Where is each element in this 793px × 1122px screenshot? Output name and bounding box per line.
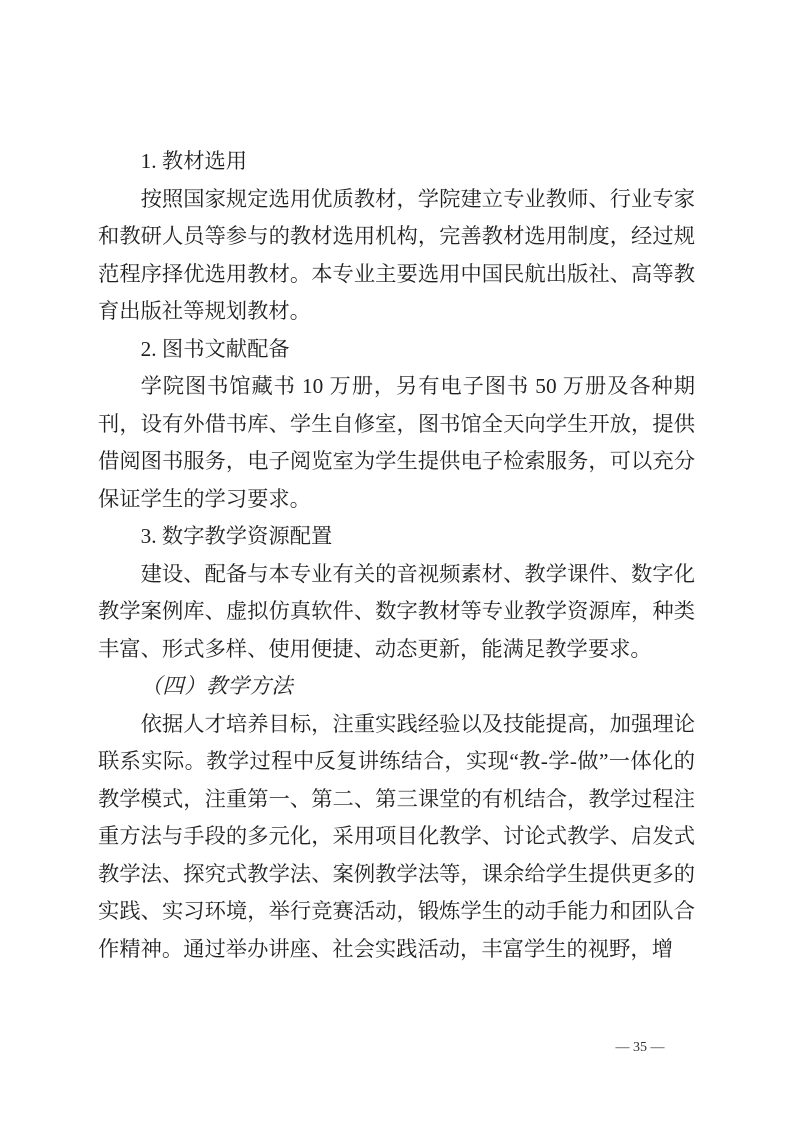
section-heading: （四）教学方法 [98, 668, 695, 706]
numbered-heading: 1. 教材选用 [98, 143, 695, 181]
numbered-heading: 3. 数字教学资源配置 [98, 518, 695, 556]
document-content: 1. 教材选用按照国家规定选用优质教材，学院建立专业教师、行业专家和教研人员等参… [98, 143, 695, 968]
page-number: — 35 — [604, 1040, 676, 1056]
numbered-heading: 2. 图书文献配备 [98, 331, 695, 369]
paragraph: 学院图书馆藏书 10 万册，另有电子图书 50 万册及各种期刊，设有外借书库、学… [98, 368, 695, 518]
document-page: 1. 教材选用按照国家规定选用优质教材，学院建立专业教师、行业专家和教研人员等参… [0, 0, 793, 1122]
page-footer: — 35 — [0, 1040, 793, 1064]
paragraph: 建设、配备与本专业有关的音视频素材、教学课件、数字化教学案例库、虚拟仿真软件、数… [98, 556, 695, 669]
paragraph: 依据人才培养目标，注重实践经验以及技能提高，加强理论联系实际。教学过程中反复讲练… [98, 706, 695, 969]
paragraph: 按照国家规定选用优质教材，学院建立专业教师、行业专家和教研人员等参与的教材选用机… [98, 181, 695, 331]
